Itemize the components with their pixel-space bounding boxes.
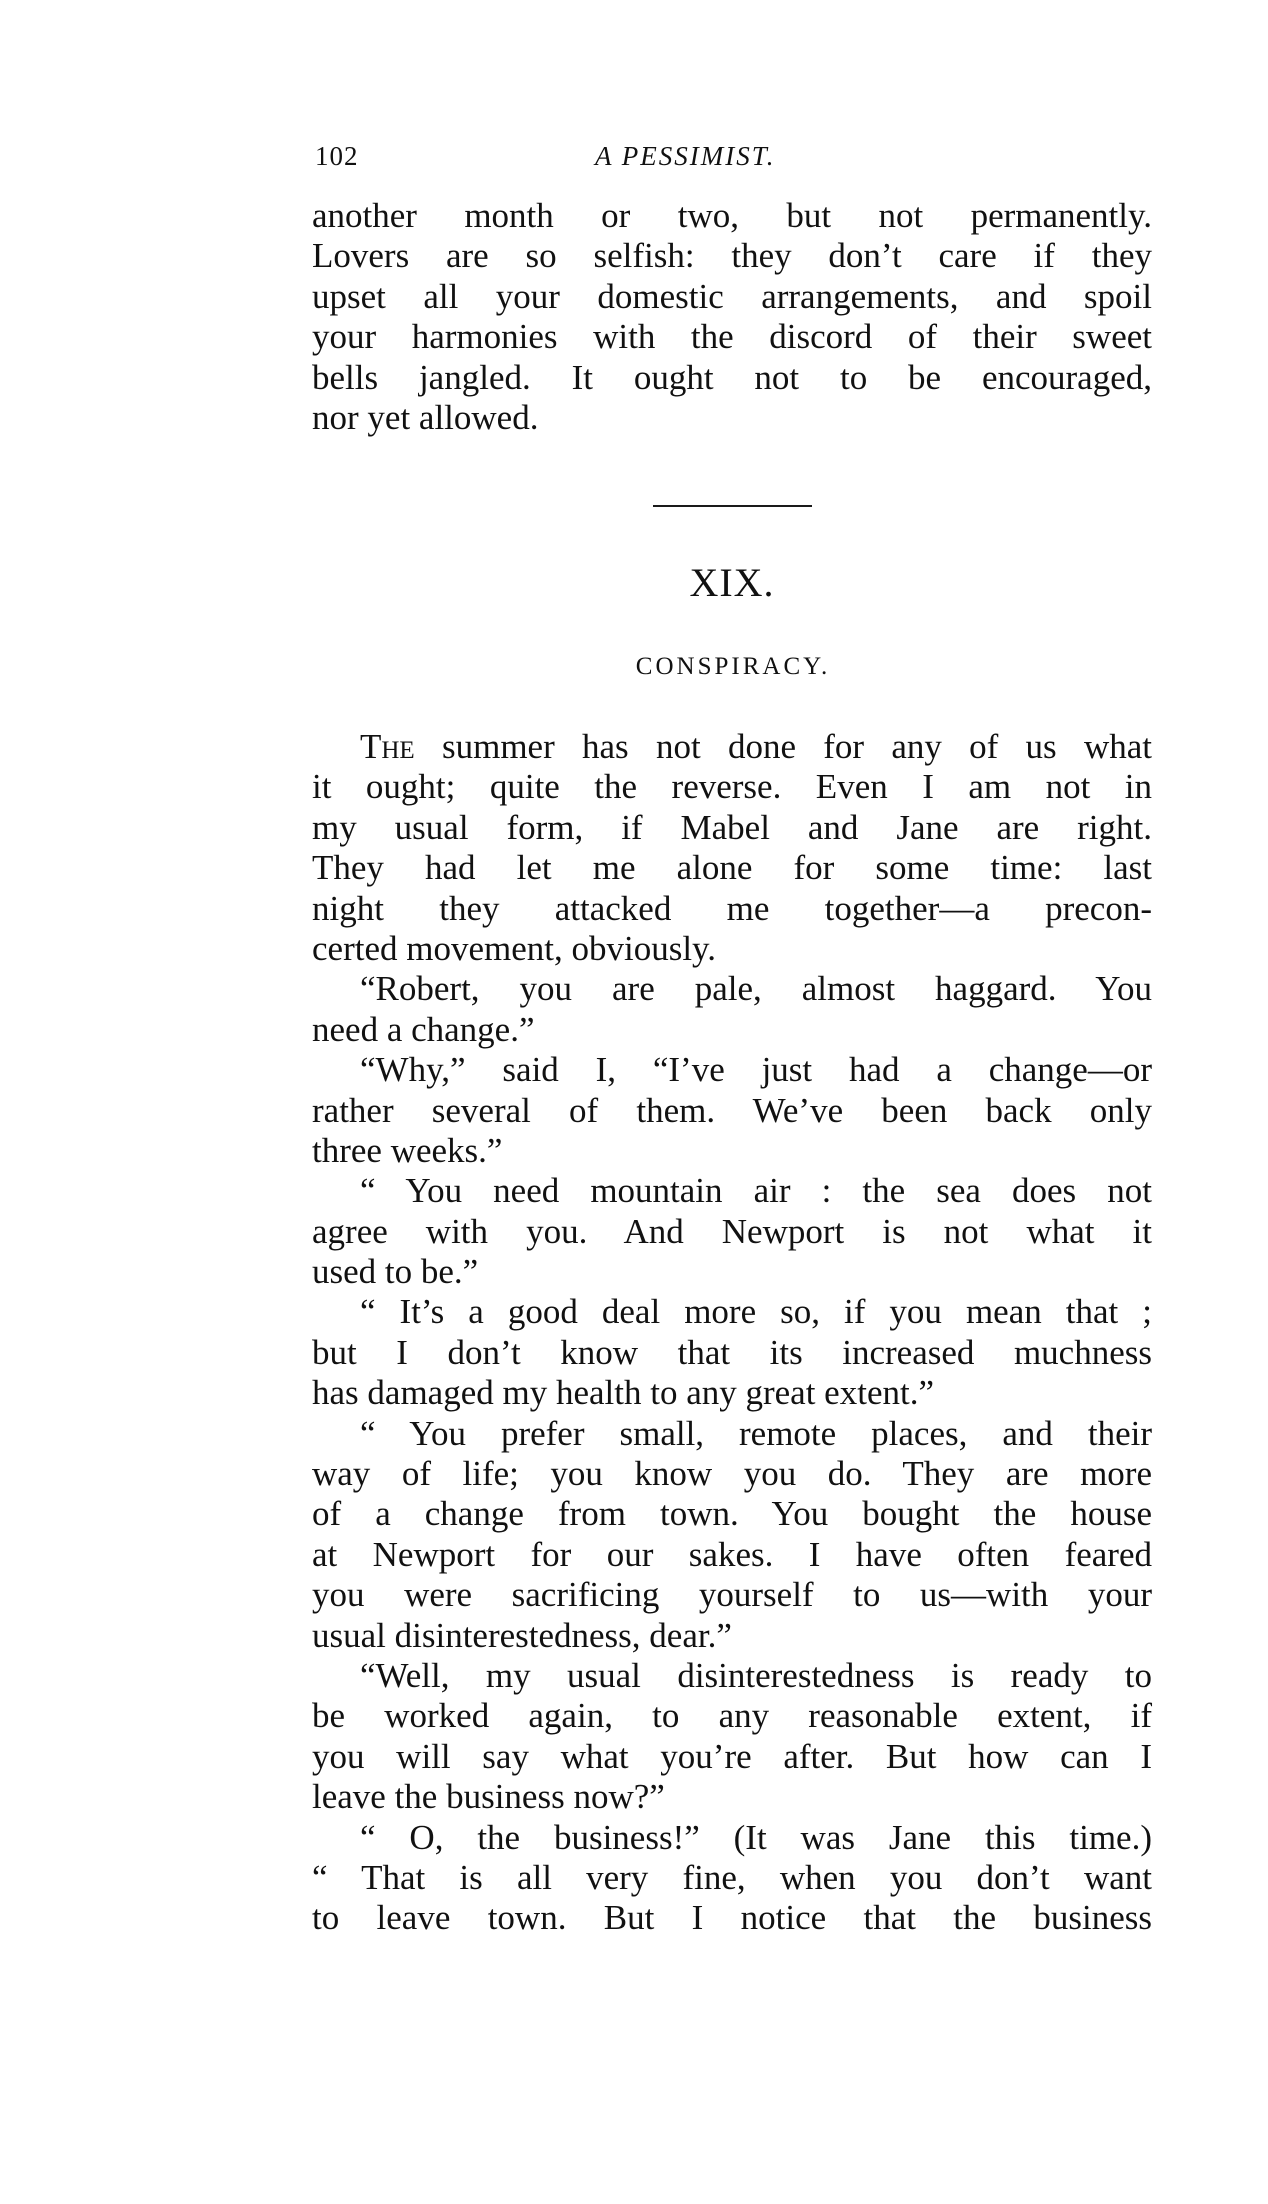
page-number: 102	[315, 141, 359, 172]
text-line: you were sacrificing yourself to us—with…	[312, 1575, 1152, 1615]
running-title: A PESSIMIST.	[595, 141, 775, 172]
section-divider-rule	[653, 505, 812, 507]
text-line: used to be.”	[312, 1252, 1152, 1292]
text-line: nor yet allowed.	[312, 398, 1152, 438]
text-line: certed movement, obviously.	[312, 929, 1152, 969]
text-line: “ That is all very fine, when you don’t …	[312, 1858, 1152, 1898]
text-line: my usual form, if Mabel and Jane are rig…	[312, 808, 1152, 848]
text-line: They had let me alone for some time: las…	[312, 848, 1152, 888]
text-line: leave the business now?”	[312, 1777, 1152, 1817]
text-line: at Newport for our sakes. I have often f…	[312, 1535, 1152, 1575]
text-line: “Robert, you are pale, almost haggard. Y…	[312, 969, 1152, 1009]
chapter-text: The summer has not done for any of us wh…	[312, 727, 1152, 1939]
text-line: agree with you. And Newport is not what …	[312, 1212, 1152, 1252]
opening-word: The	[360, 727, 415, 766]
text-line: but I don’t know that its increased much…	[312, 1333, 1152, 1373]
page-header: 102 A PESSIMIST.	[312, 141, 1152, 172]
chapter-title: CONSPIRACY.	[0, 653, 1268, 682]
text-line: night they attacked me together—a precon…	[312, 889, 1152, 929]
text-line: has damaged my health to any great exten…	[312, 1373, 1152, 1413]
text-line: be worked again, to any reasonable exten…	[312, 1696, 1152, 1736]
text-line: to leave town. But I notice that the bus…	[312, 1898, 1152, 1938]
text-line: Lovers are so selfish: they don’t care i…	[312, 236, 1152, 276]
text-line: “ O, the business!” (It was Jane this ti…	[312, 1818, 1152, 1858]
text-line: The summer has not done for any of us wh…	[312, 727, 1152, 767]
text-line: usual disinterestedness, dear.”	[312, 1616, 1152, 1656]
text-line: “ You prefer small, remote places, and t…	[312, 1414, 1152, 1454]
text-line: you will say what you’re after. But how …	[312, 1737, 1152, 1777]
text-line: “Why,” said I, “I’ve just had a change—o…	[312, 1050, 1152, 1090]
previous-section-text: another month or two, but not permanentl…	[312, 196, 1152, 438]
text-line: “ It’s a good deal more so, if you mean …	[312, 1292, 1152, 1332]
text-line: it ought; quite the reverse. Even I am n…	[312, 767, 1152, 807]
text-line: three weeks.”	[312, 1131, 1152, 1171]
text-line: bells jangled. It ought not to be encour…	[312, 358, 1152, 398]
text-line: “Well, my usual disinterestedness is rea…	[312, 1656, 1152, 1696]
text-line: upset all your domestic arrangements, an…	[312, 277, 1152, 317]
chapter-number: XIX.	[0, 560, 1268, 606]
text-line: “ You need mountain air : the sea does n…	[312, 1171, 1152, 1211]
text-line: rather several of them. We’ve been back …	[312, 1091, 1152, 1131]
text-line: need a change.”	[312, 1010, 1152, 1050]
text-line: of a change from town. You bought the ho…	[312, 1494, 1152, 1534]
text-line: way of life; you know you do. They are m…	[312, 1454, 1152, 1494]
text-line: your harmonies with the discord of their…	[312, 317, 1152, 357]
text-line: another month or two, but not permanentl…	[312, 196, 1152, 236]
